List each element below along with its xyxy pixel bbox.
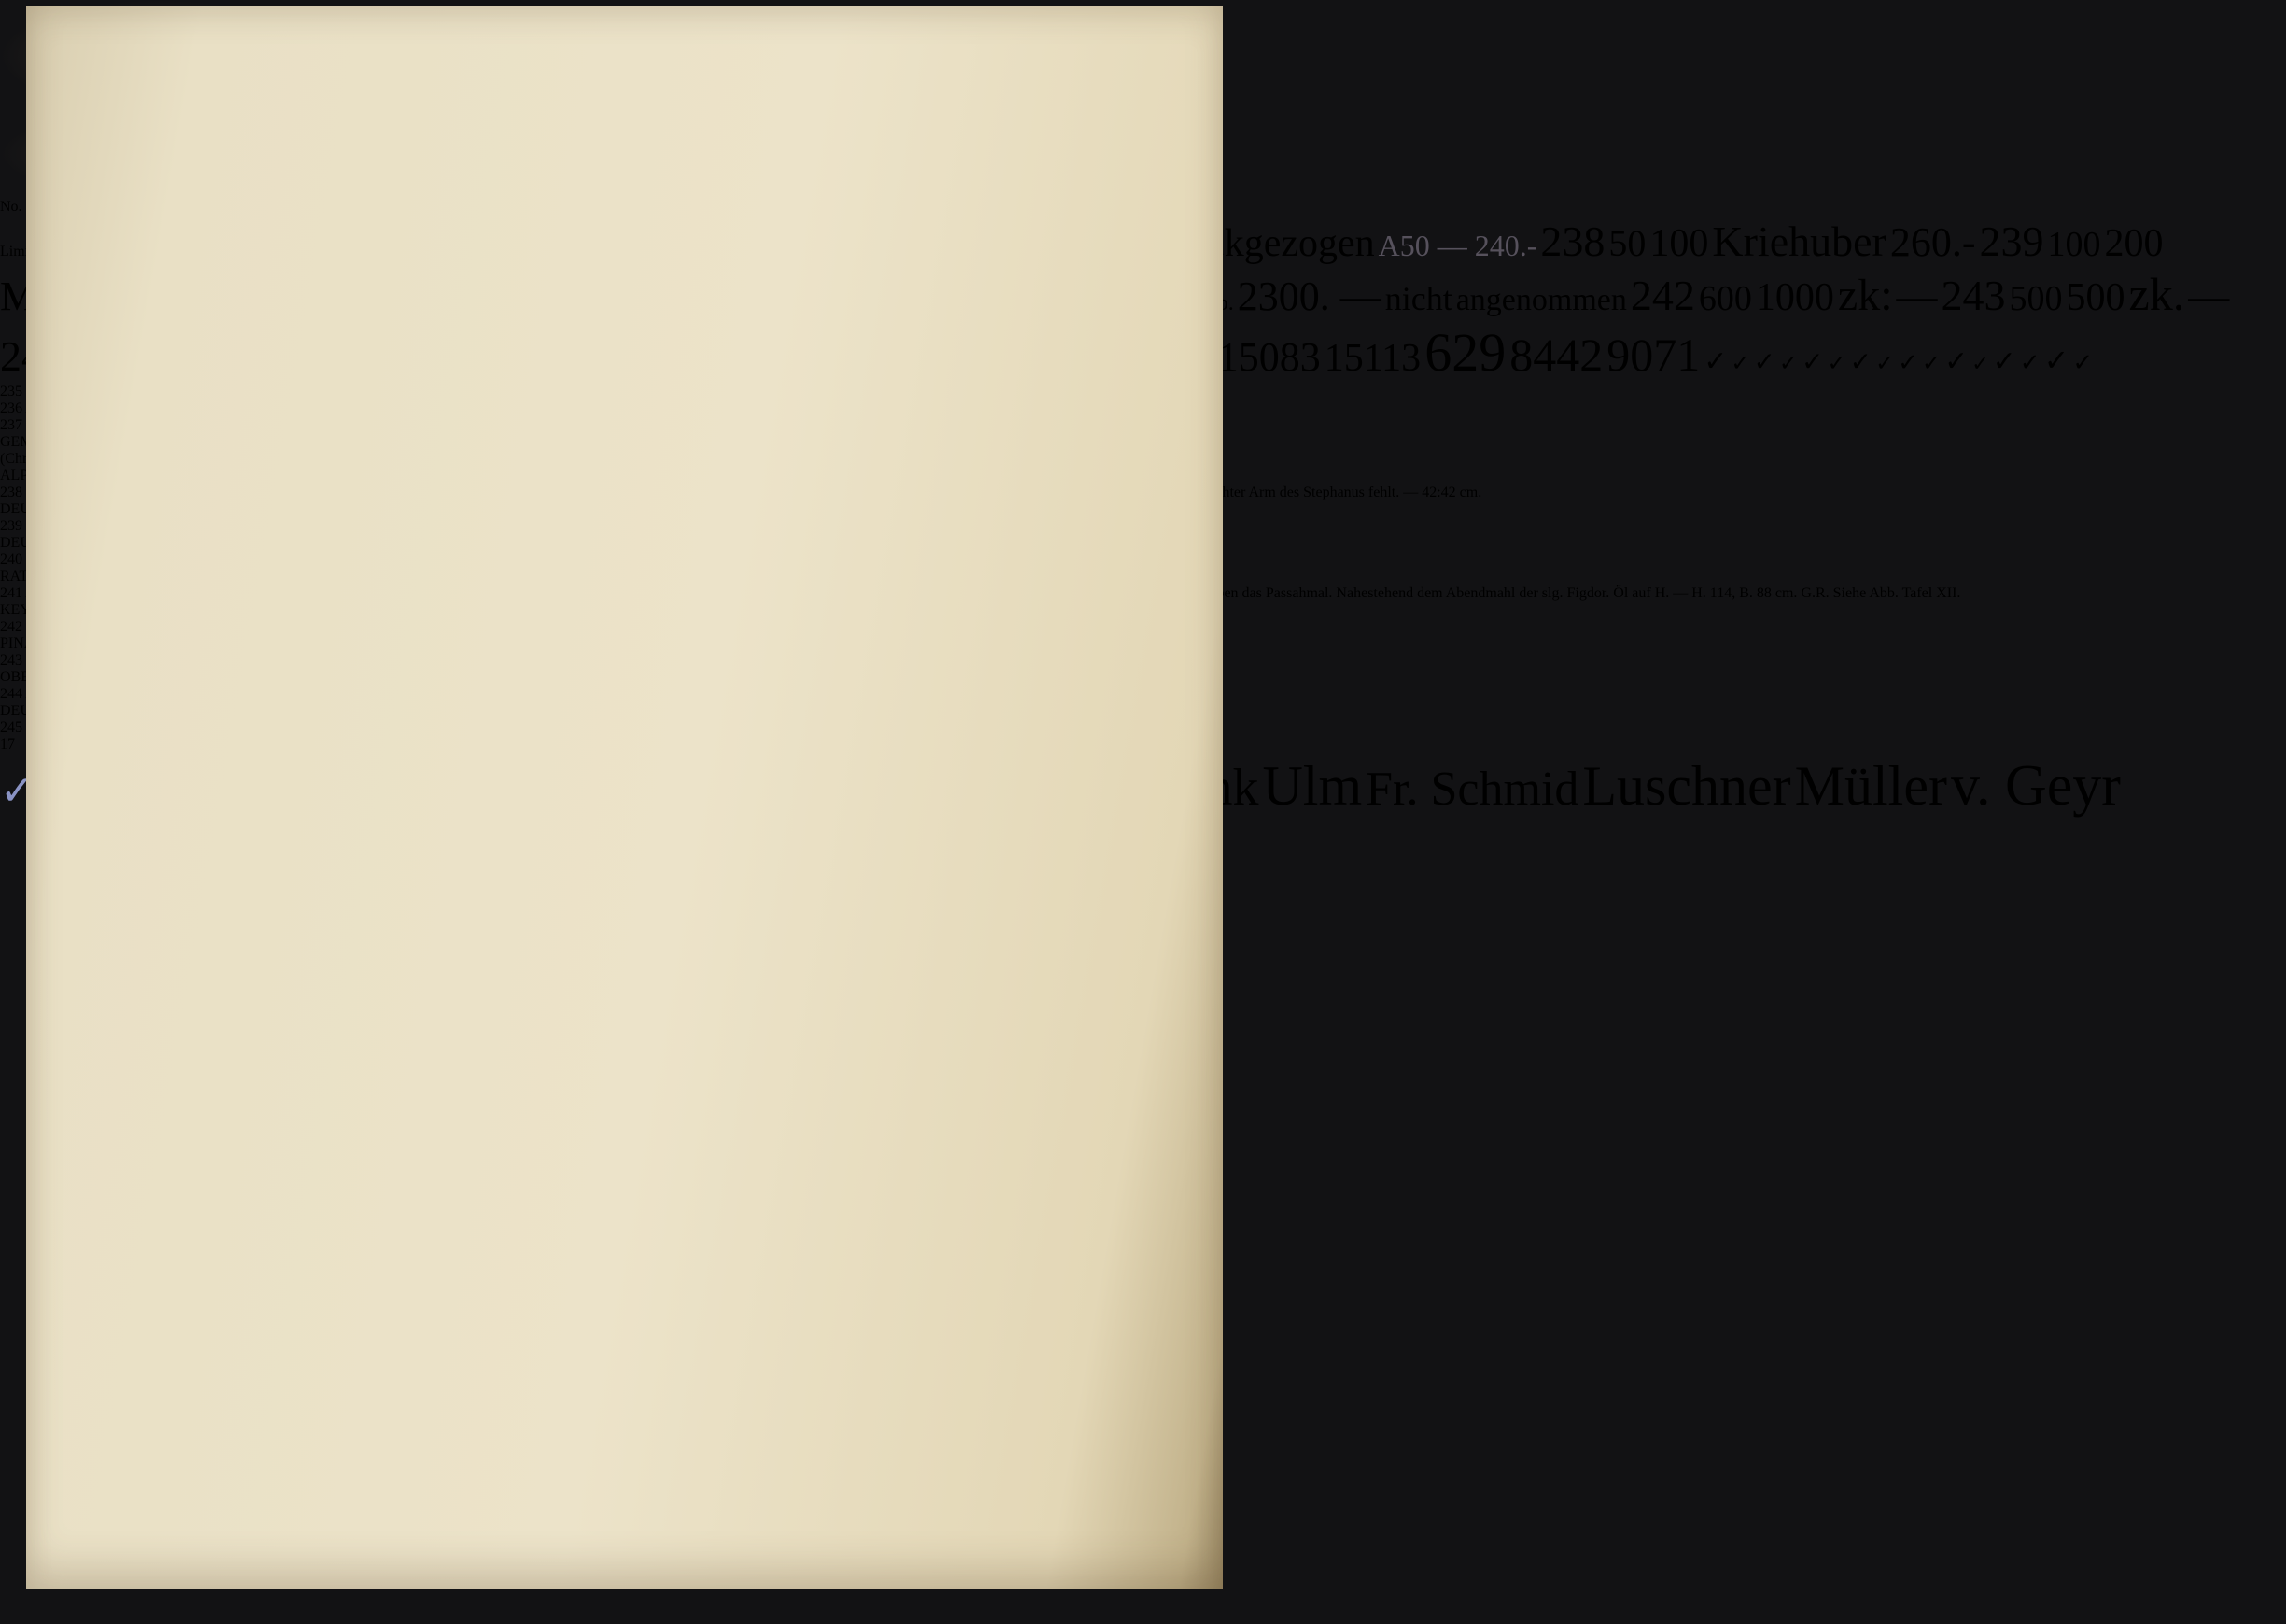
- lot-number: 237: [0, 417, 22, 433]
- lot-number: 235: [0, 384, 22, 399]
- catalog-right-page: [1228, 9, 2263, 1589]
- lot-number: 243: [0, 652, 22, 668]
- book-photo: { "icons": {"check": "✓"}, "colors": {"r…: [0, 0, 2286, 1624]
- lot-number: 236: [0, 400, 22, 416]
- lot-number: 240: [0, 552, 22, 567]
- lot-number: 241: [0, 585, 22, 601]
- column-header-stamp-no: No.: [0, 199, 22, 215]
- lot-number: 238: [0, 484, 22, 500]
- lot-number: 244: [0, 686, 22, 702]
- ledger-left-page: [26, 6, 1223, 1589]
- lot-number: 242: [0, 619, 22, 635]
- lot-number: 239: [0, 518, 22, 534]
- lot-number: 245: [0, 720, 22, 735]
